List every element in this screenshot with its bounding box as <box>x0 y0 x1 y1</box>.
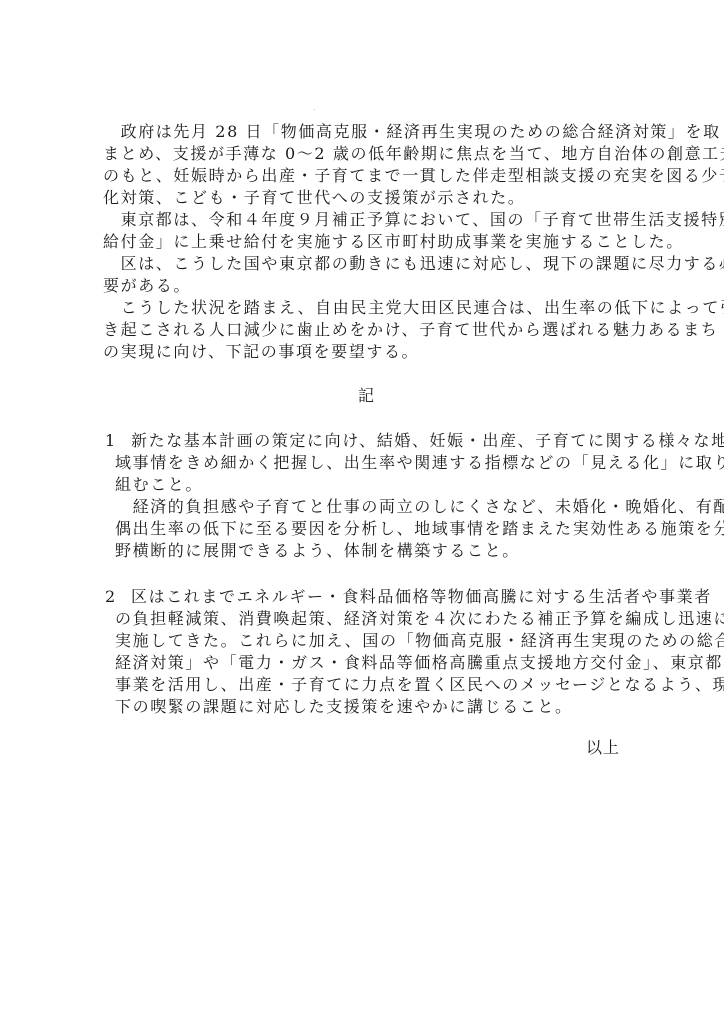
item-2-line-4: 経済対策」や「電力・ガス・食料品等価格高騰重点支援地方交付金」、東京都 <box>115 652 723 674</box>
intro-p4-line-1: こうした状況を踏まえ、自由民主党大田区民連合は、出生率の低下によって引 <box>103 297 724 319</box>
intro-p1-line-4: 化対策、こども・子育て世代への支援策が示された。 <box>103 187 525 209</box>
intro-p4-line-3: の実現に向け、下記の事項を要望する。 <box>103 341 419 363</box>
item-1-line-2: 域事情をきめ細かく把握し、出生率や関連する指標などの「見える化」に取り <box>115 452 724 474</box>
intro-p2-line-2: 給付金」に上乗せ給付を実施する区市町村助成事業を実施することした。 <box>103 231 684 253</box>
intro-p3-line-1: 区は、こうした国や東京都の動きにも迅速に対応し、現下の課題に尽力する必 <box>103 253 724 275</box>
ki-heading: 記 <box>358 385 374 407</box>
document-page: 政府は先月 28 日「物価高克服・経済再生実現のための総合経済対策」を取り まと… <box>0 0 724 1024</box>
intro-p4-line-2: き起こされる人口減少に歯止めをかけ、子育て世代から選ばれる魅力あるまち <box>103 319 718 341</box>
closing-mark: 以上 <box>586 737 620 759</box>
item-2-line-1: 区はこれまでエネルギー・食料品価格等物価高騰に対する生活者や事業者 <box>131 586 712 608</box>
intro-p2-line-1: 東京都は、令和４年度９月補正予算において、国の「子育て世帯生活支援特別 <box>103 209 724 231</box>
item-1-line-6: 野横断的に展開できるよう、体制を構築すること。 <box>115 540 520 562</box>
item-2-line-5: 事業を活用し、出産・子育てに力点を置く区民へのメッセージとなるよう、現 <box>115 674 724 696</box>
item-2-number: 2 <box>105 586 117 608</box>
item-1-line-1: 新たな基本計画の策定に向け、結婚、妊娠・出産、子育てに関する様々な地 <box>131 430 724 452</box>
item-2-line-3: 実施してきた。これらに加え、国の「物価高克服・経済再生実現のための総合 <box>115 630 724 652</box>
item-1-line-5: 偶出生率の低下に至る要因を分析し、地域事情を踏まえた実効性ある施策を分 <box>115 518 724 540</box>
item-2-line-6: 下の喫緊の課題に対応した支援策を速やかに講じること。 <box>115 696 573 718</box>
item-2-line-2: の負担軽減策、消費喚起策、経済対策を４次にわたる補正予算を編成し迅速に <box>115 608 724 630</box>
item-1-line-4: 経済的負担感や子育てと仕事の両立のしにくさなど、未婚化・晩婚化、有配 <box>115 496 724 518</box>
intro-p1-line-2: まとめ、支援が手薄な 0〜2 歳の低年齢期に焦点を当て、地方自治体の創意工夫 <box>103 143 724 165</box>
intro-p1-line-3: のもと、妊娠時から出産・子育てまで一貫した伴走型相談支援の充実を図る少子 <box>103 165 724 187</box>
item-1-line-3: 組むこと。 <box>115 474 203 496</box>
item-1-number: 1 <box>105 430 117 452</box>
intro-p1-line-1: 政府は先月 28 日「物価高克服・経済再生実現のための総合経済対策」を取り <box>103 121 724 143</box>
intro-p3-line-2: 要がある。 <box>103 275 191 297</box>
scan-speck <box>314 109 315 110</box>
